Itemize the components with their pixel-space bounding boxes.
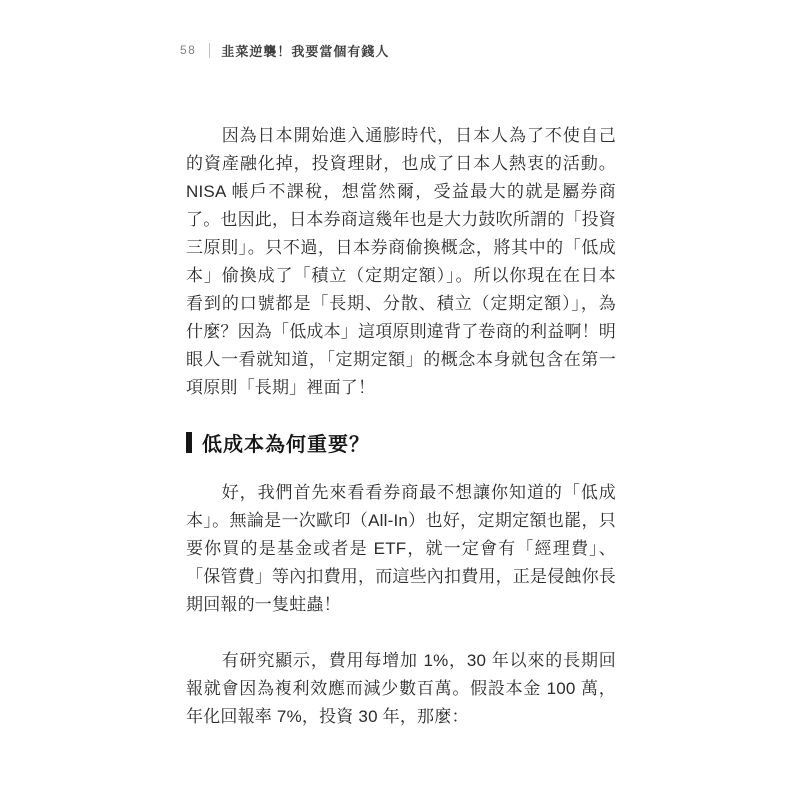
running-title: 韭菜逆襲！我要當個有錢人 <box>221 41 389 60</box>
section-heading: 低成本為何重要？ <box>186 428 616 457</box>
header-divider <box>209 43 210 58</box>
paragraph-research-fees: 有研究顯示，費用每增加 1%，30 年以來的長期回報就會因為複利效應而減少數百萬… <box>186 647 616 731</box>
book-page: 58 韭菜逆襲！我要當個有錢人 因為日本開始進入通膨時代，日本人為了不使自己的資… <box>0 0 800 800</box>
page-number: 58 <box>180 43 196 57</box>
page-header: 58 韭菜逆襲！我要當個有錢人 <box>180 40 389 60</box>
page-content: 因為日本開始進入通膨時代，日本人為了不使自己的資產融化掉，投資理財，也成了日本人… <box>186 122 616 731</box>
heading-marker-bar <box>186 432 192 453</box>
section-heading-text: 低成本為何重要？ <box>202 428 370 457</box>
paragraph-low-cost-intro: 好，我們首先來看看券商最不想讓你知道的「低成本」。無論是一次歐印（All-In）… <box>186 479 616 619</box>
paragraph-japan-inflation: 因為日本開始進入通膨時代，日本人為了不使自己的資產融化掉，投資理財，也成了日本人… <box>186 122 616 402</box>
